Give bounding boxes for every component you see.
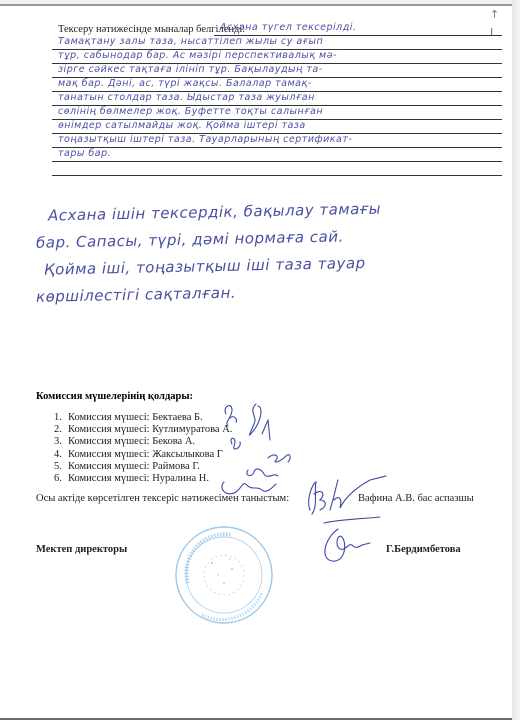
director-name: Г.Бердимбетова — [386, 544, 461, 555]
handwritten-line: тұр, сабынодар бар. Ас мәзірі перспектив… — [52, 49, 502, 64]
handwritten-line: танатын столдар таза. Ыдыстар таза жуылғ… — [52, 91, 502, 106]
handwritten-note: Асхана ішін тексердік, бақылау тамағы ба… — [36, 198, 496, 306]
handwritten-line: сөлінің бөлмелер жоқ. Буфетте тоқты салы… — [52, 105, 502, 120]
handwritten-line: Асхана түгел тексерілді. — [214, 21, 502, 36]
handwritten-line: Тамақтану залы таза, нысаттілеп жылы су … — [52, 35, 502, 50]
round-seal-icon — [172, 523, 276, 627]
handwritten-line: тары бар. — [52, 147, 502, 162]
handwritten-line: зірге сәйкес тақтаға ілініп тұр. Бақылау… — [52, 63, 502, 78]
handwritten-line: тоңазытқыш іштері таза. Тауарларының сер… — [52, 133, 502, 148]
member-signatures-icon — [218, 400, 298, 500]
scan-edge — [512, 0, 520, 720]
handwritten-line: мақ бар. Дәні, ас, түрі жақсы. Балалар т… — [52, 77, 502, 92]
director-label: Мектеп директоры — [36, 544, 127, 555]
director-signature-icon — [318, 515, 388, 565]
handwritten-line — [52, 161, 502, 176]
acknowledgement-label: Осы актіде көрсетілген тексеріс нәтижесі… — [36, 493, 289, 504]
acknowledgement-name: Вафина А.В. бас аспазшы — [358, 493, 474, 504]
handwritten-line: өнімдер сатылмайды жоқ. Қойма іштері таз… — [52, 119, 502, 134]
